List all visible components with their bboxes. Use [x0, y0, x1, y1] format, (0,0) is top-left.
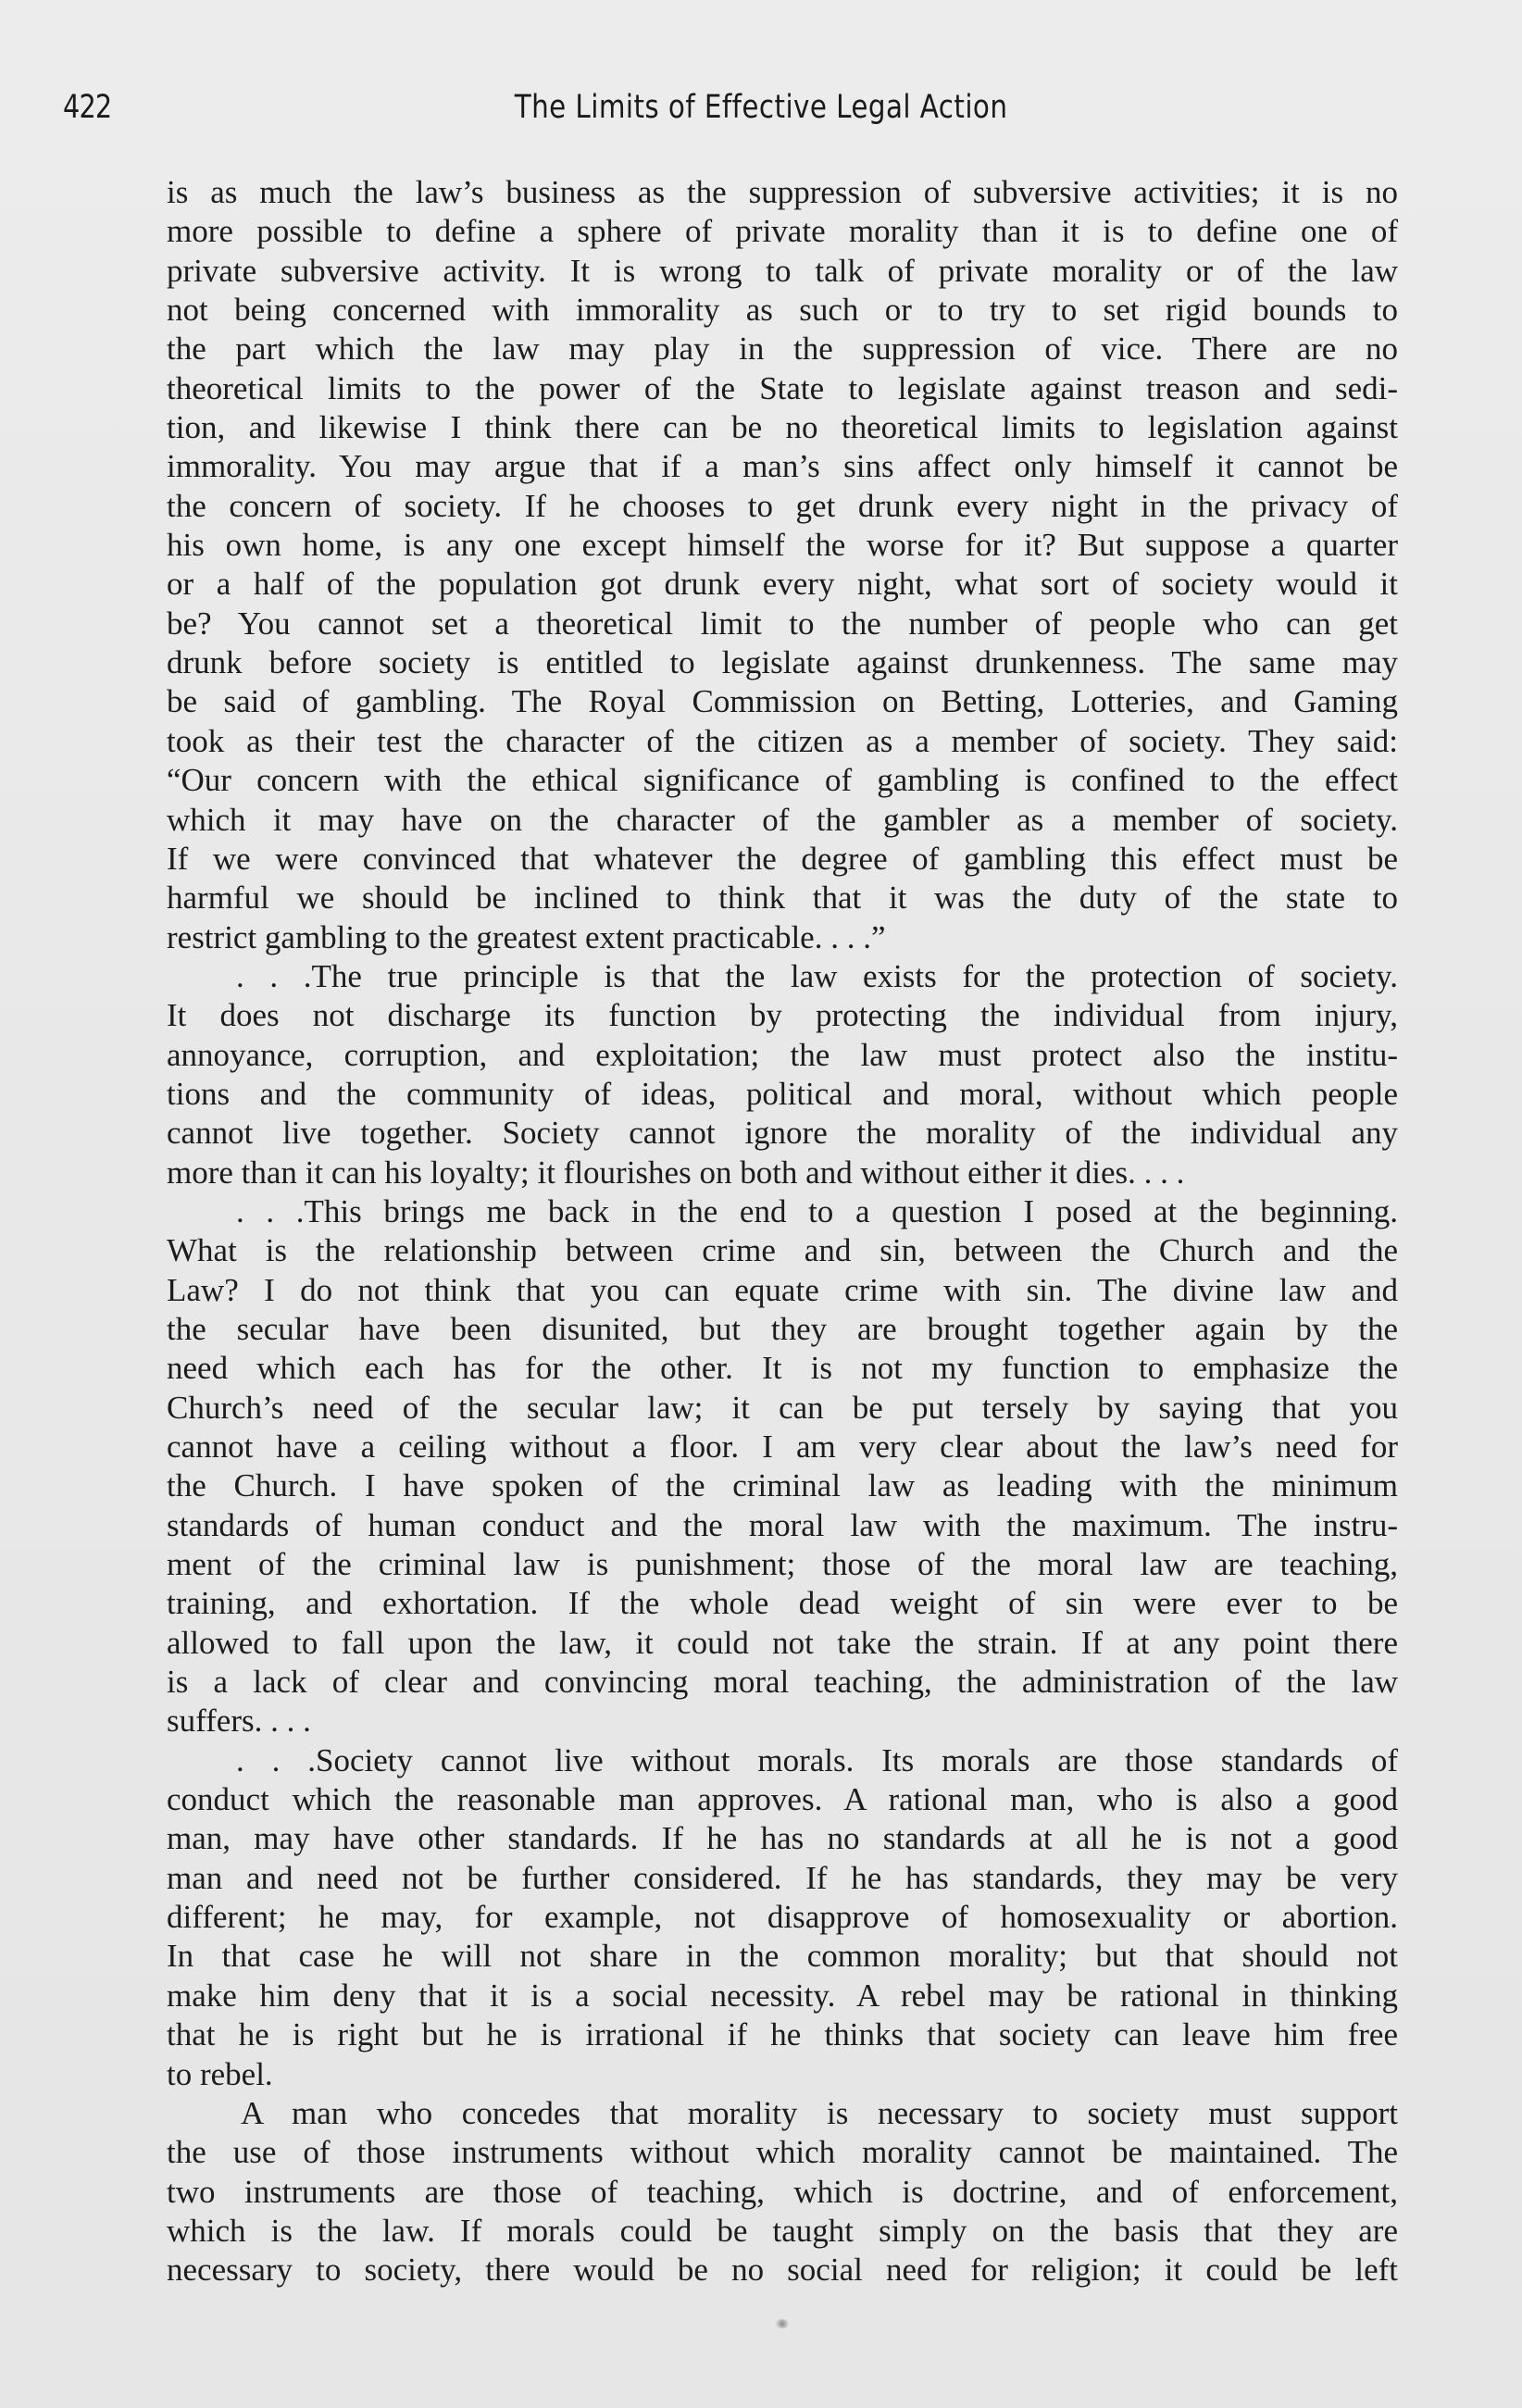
text-line: . . .This brings me back in the end to a… — [167, 1192, 1398, 1231]
text-line: that he is right but he is irrational if… — [167, 2015, 1398, 2054]
text-line: . . .Society cannot live without morals.… — [167, 1741, 1398, 1780]
text-line: cannot have a ceiling without a floor. I… — [167, 1428, 1398, 1466]
text-line: Church’s need of the secular law; it can… — [167, 1389, 1398, 1428]
text-line: drunk before society is entitled to legi… — [167, 643, 1398, 682]
text-line: be? You cannot set a theoretical limit t… — [167, 605, 1398, 643]
text-line: which it may have on the character of th… — [167, 801, 1398, 840]
text-line: . . .The true principle is that the law … — [167, 957, 1398, 996]
text-line: tions and the community of ideas, politi… — [167, 1075, 1398, 1114]
text-line: is as much the law’s business as the sup… — [167, 173, 1398, 212]
text-line: or a half of the population got drunk ev… — [167, 565, 1398, 604]
text-line: tion, and likewise I think there can be … — [167, 408, 1398, 447]
text-line: harmful we should be inclined to think t… — [167, 879, 1398, 917]
running-head: 422 The Limits of Effective Legal Action — [0, 89, 1522, 135]
text-line: two instruments are those of teaching, w… — [167, 2173, 1398, 2212]
text-line: suffers. . . . — [167, 1702, 1398, 1740]
text-line: Law? I do not think that you can equate … — [167, 1271, 1398, 1310]
text-line: conduct which the reasonable man approve… — [167, 1780, 1398, 1819]
text-line: It does not discharge its function by pr… — [167, 996, 1398, 1035]
text-line: to rebel. — [167, 2055, 1398, 2094]
text-line: private subversive activity. It is wrong… — [167, 252, 1398, 291]
book-page: 422 The Limits of Effective Legal Action… — [0, 0, 1522, 2408]
text-line: the Church. I have spoken of the crimina… — [167, 1466, 1398, 1505]
text-line: is a lack of clear and convincing moral … — [167, 1663, 1398, 1702]
paragraph: A man who concedes that morality is nece… — [167, 2094, 1398, 2290]
text-line: What is the relationship between crime a… — [167, 1231, 1398, 1270]
text-line: the use of those instruments without whi… — [167, 2133, 1398, 2172]
text-line: immorality. You may argue that if a man’… — [167, 447, 1398, 486]
text-line: more possible to define a sphere of priv… — [167, 212, 1398, 251]
paragraph: is as much the law’s business as the sup… — [167, 173, 1398, 957]
paragraph: . . .This brings me back in the end to a… — [167, 1192, 1398, 1741]
running-title: The Limits of Effective Legal Action — [0, 89, 1522, 126]
text-line: more than it can his loyalty; it flouris… — [167, 1154, 1398, 1192]
text-line: not being concerned with immorality as s… — [167, 291, 1398, 330]
text-line: man and need not be further considered. … — [167, 1859, 1398, 1898]
text-line: ment of the criminal law is punishment; … — [167, 1545, 1398, 1584]
text-line: necessary to society, there would be no … — [167, 2251, 1398, 2289]
text-line: need which each has for the other. It is… — [167, 1349, 1398, 1388]
text-line: the secular have been disunited, but the… — [167, 1310, 1398, 1349]
text-line: be said of gambling. The Royal Commissio… — [167, 682, 1398, 721]
text-line: annoyance, corruption, and exploitation;… — [167, 1036, 1398, 1075]
paragraph: . . .Society cannot live without morals.… — [167, 1741, 1398, 2094]
text-line: the part which the law may play in the s… — [167, 330, 1398, 368]
text-line: “Our concern with the ethical significan… — [167, 761, 1398, 800]
text-line: A man who concedes that morality is nece… — [167, 2094, 1398, 2133]
text-line: restrict gambling to the greatest extent… — [167, 918, 1398, 957]
text-line: In that case he will not share in the co… — [167, 1937, 1398, 1976]
body-text: is as much the law’s business as the sup… — [167, 173, 1398, 2290]
text-line: allowed to fall upon the law, it could n… — [167, 1624, 1398, 1663]
text-line: training, and exhortation. If the whole … — [167, 1584, 1398, 1623]
text-line: man, may have other standards. If he has… — [167, 1819, 1398, 1858]
text-line: standards of human conduct and the moral… — [167, 1506, 1398, 1545]
print-smudge — [776, 2319, 789, 2328]
text-line: If we were convinced that whatever the d… — [167, 840, 1398, 879]
text-line: different; he may, for example, not disa… — [167, 1898, 1398, 1937]
text-line: the concern of society. If he chooses to… — [167, 487, 1398, 526]
running-title-text: The Limits of Effective Legal Action — [515, 89, 1008, 126]
text-line: his own home, is any one except himself … — [167, 526, 1398, 565]
text-line: theoretical limits to the power of the S… — [167, 369, 1398, 408]
text-line: make him deny that it is a social necess… — [167, 1977, 1398, 2015]
paragraph: . . .The true principle is that the law … — [167, 957, 1398, 1192]
text-line: which is the law. If morals could be tau… — [167, 2212, 1398, 2251]
text-line: cannot live together. Society cannot ign… — [167, 1114, 1398, 1153]
text-line: took as their test the character of the … — [167, 722, 1398, 761]
